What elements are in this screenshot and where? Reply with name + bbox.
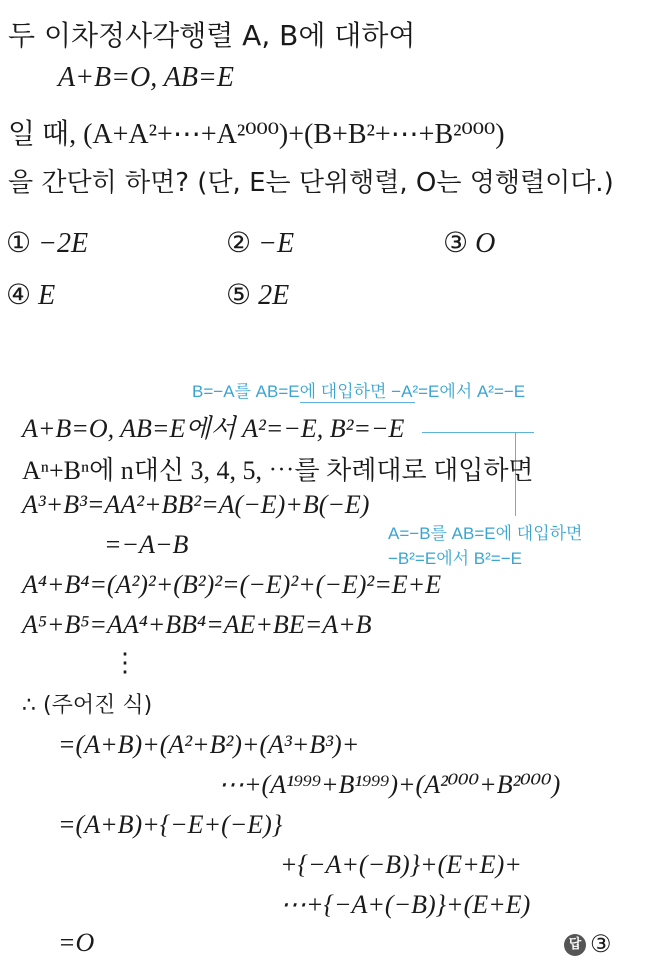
- solution-line-12: ⋯+{−A+(−B)}+(E+E): [280, 890, 530, 920]
- annotation-side-2: −B²=E에서 B²=−E: [388, 544, 522, 569]
- solution-line-8: =(A+B)+(A²+B²)+(A³+B³)+: [58, 730, 359, 760]
- choice-2[interactable]: ② −E: [226, 226, 294, 260]
- answer-value: ③: [590, 932, 612, 958]
- choice-value: −2E: [38, 228, 88, 259]
- annotation-top: B=−A를 AB=E에 대입하면 −A²=E에서 A²=−E: [192, 377, 525, 402]
- solution-line-9: ⋯+(A¹⁹⁹⁹+B¹⁹⁹⁹)+(A²⁰⁰⁰+B²⁰⁰⁰): [218, 770, 560, 800]
- question-line-4: 을 간단히 하면? (단, E는 단위행렬, O는 영행렬이다.): [8, 162, 614, 199]
- question-line-1: 두 이차정사각행렬 A, B에 대하여: [8, 14, 415, 54]
- choice-4[interactable]: ④ E: [6, 278, 55, 312]
- choice-5[interactable]: ⑤ 2E: [226, 278, 289, 312]
- choice-number: ③: [443, 228, 468, 259]
- choice-1[interactable]: ① −2E: [6, 226, 88, 260]
- choice-number: ②: [226, 228, 251, 259]
- annotation-side-1: A=−B를 AB=E에 대입하면: [388, 519, 582, 544]
- solution-line-4: =−A−B: [104, 530, 188, 560]
- solution-line-2: Aⁿ+Bⁿ에 n대신 3, 4, 5, ⋯를 차례대로 대입하면: [22, 450, 534, 487]
- solution-line-11: +{−A+(−B)}+(E+E)+: [280, 850, 522, 880]
- choice-value: 2E: [258, 280, 289, 311]
- annotation-overline: [300, 402, 415, 403]
- solution-line-6: A⁵+B⁵=AA⁴+BB⁴=AE+BE=A+B: [22, 610, 372, 640]
- choice-value: −E: [258, 228, 294, 259]
- solution-line-1: A+B=O, AB=E에서 A²=−E, B²=−E: [22, 408, 404, 445]
- question-line-3: 일 때, (A+A²+⋯+A²⁰⁰⁰)+(B+B²+⋯+B²⁰⁰⁰): [8, 112, 505, 152]
- annotation-underline: [422, 432, 534, 433]
- choice-number: ①: [6, 228, 31, 259]
- therefore-line: ∴ (주어진 식): [22, 688, 152, 719]
- choice-number: ④: [6, 280, 31, 311]
- choice-3[interactable]: ③ O: [443, 226, 495, 260]
- solution-line-3: A³+B³=AA²+BB²=A(−E)+B(−E): [22, 490, 369, 520]
- question-line-2: A+B=O, AB=E: [58, 62, 234, 94]
- choice-value: O: [475, 228, 495, 259]
- vertical-ellipsis: ⋮: [112, 648, 138, 678]
- answer-mark: 답 ③: [564, 930, 612, 959]
- choice-value: E: [38, 280, 55, 311]
- answer-badge-icon: 답: [564, 934, 586, 956]
- solution-result: =O: [58, 928, 94, 958]
- solution-line-10: =(A+B)+{−E+(−E)}: [58, 810, 282, 840]
- choice-number: ⑤: [226, 280, 251, 311]
- solution-line-5: A⁴+B⁴=(A²)²+(B²)²=(−E)²+(−E)²=E+E: [22, 570, 441, 600]
